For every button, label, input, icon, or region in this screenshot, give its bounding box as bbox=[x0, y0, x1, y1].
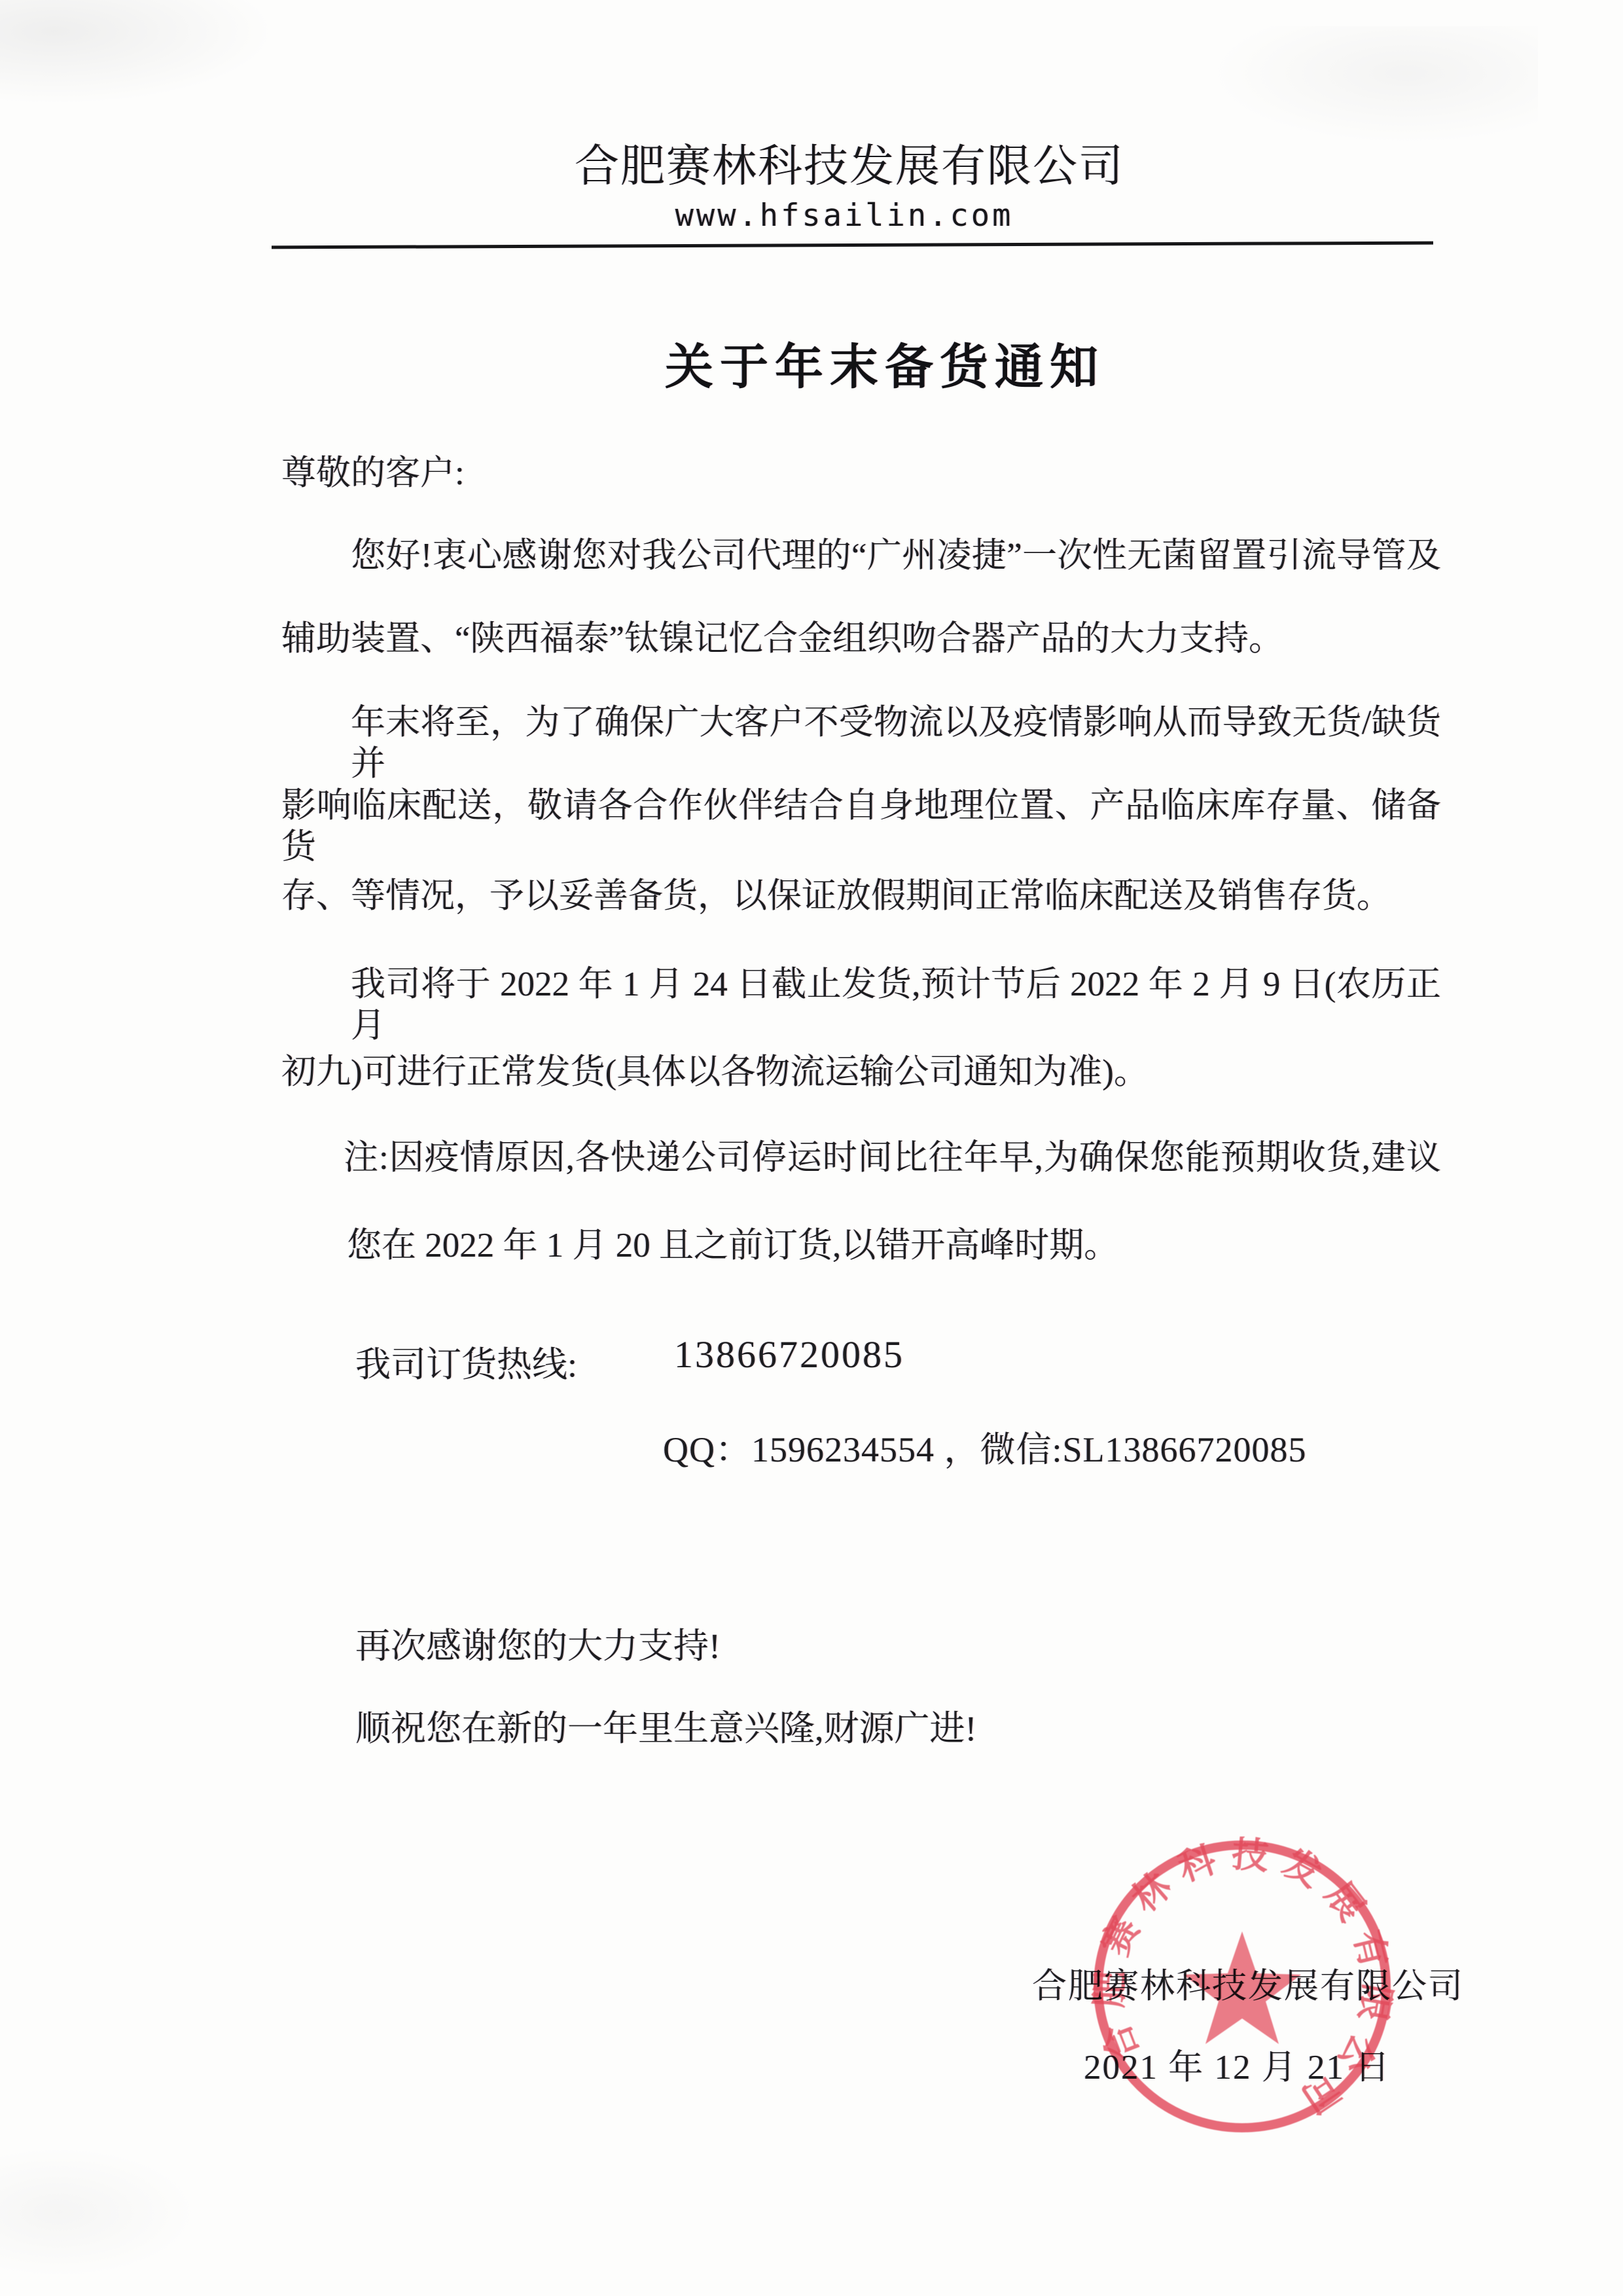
hotline-phone-number: 13866720085 bbox=[674, 1333, 904, 1376]
letter-title: 关于年末备货通知 bbox=[73, 329, 1623, 398]
body-line: 年末将至，为了确保广大客户不受物流以及疫情影响从而导致无货/缺货并 bbox=[281, 702, 1441, 784]
body-line: 您在 2022 年 1 月 20 且之前订货,以错开高峰时期。 bbox=[281, 1225, 1441, 1266]
body-line: 我司将于 2022 年 1 月 24 日截止发货,预计节后 2022 年 2 月… bbox=[281, 964, 1441, 1046]
letterhead-divider bbox=[272, 242, 1433, 249]
salutation: 尊敬的客户: bbox=[281, 453, 1441, 494]
company-seal-stamp: 合肥赛林科技发展有限公司 bbox=[1088, 1837, 1399, 2139]
seal-star-icon bbox=[1183, 1931, 1301, 2044]
scanned-letter-page: 合肥赛林科技发展有限公司 www.hfsailin.com 关于年末备货通知 尊… bbox=[0, 0, 1623, 2296]
body-line: 存、等情况，予以妥善备货，以保证放假期间正常临床配送及销售存货。 bbox=[281, 876, 1441, 917]
seal-graphic: 合肥赛林科技发展有限公司 bbox=[1088, 1837, 1399, 2139]
scan-artifact bbox=[1211, 26, 1538, 144]
qq-wechat-contact: QQ：1596234554 ，微信:SL13866720085 bbox=[663, 1422, 1307, 1472]
closing-wish-line: 顺祝您在新的一年里生意兴隆,财源广进! bbox=[355, 1700, 976, 1751]
body-line: 初九)可进行正常发货(具体以各物流运输公司通知为准)。 bbox=[281, 1052, 1441, 1093]
scan-artifact bbox=[0, 2147, 196, 2278]
body-line: 影响临床配送，敬请各合作伙伴结合自身地理位置、产品临床库存量、储备货 bbox=[281, 785, 1441, 867]
letterhead-company-name: 合肥赛林科技发展有限公司 bbox=[38, 131, 1623, 194]
scan-artifact bbox=[0, 0, 275, 105]
hotline-label: 我司订货热线: bbox=[355, 1336, 577, 1387]
body-line: 您好!衷心感谢您对我公司代理的“广州凌捷”一次性无菌留置引流导管及 bbox=[281, 535, 1441, 577]
body-line: 注:因疫情原因,各快递公司停运时间比往年早,为确保您能预期收货,建议 bbox=[281, 1138, 1441, 1179]
closing-thanks-line: 再次感谢您的大力支持! bbox=[355, 1618, 721, 1668]
body-line: 辅助装置、“陕西福泰”钛镍记忆合金组织吻合器产品的大力支持。 bbox=[281, 619, 1441, 660]
letterhead-website: www.hfsailin.com bbox=[33, 198, 1623, 234]
